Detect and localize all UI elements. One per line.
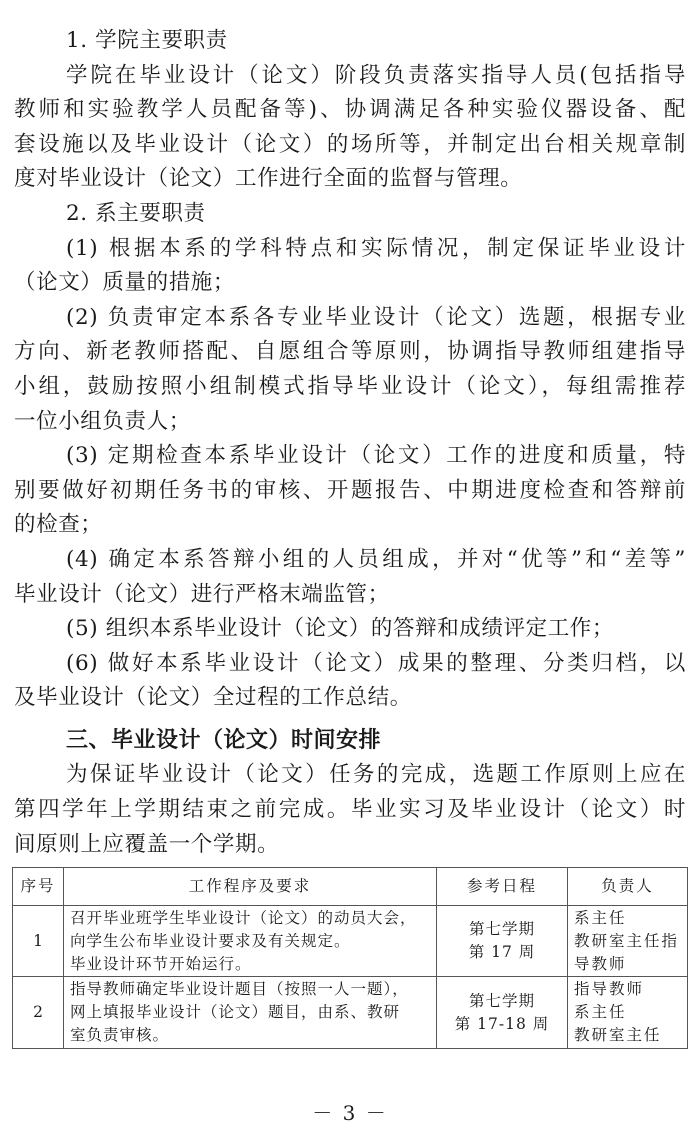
cell-line: 系主任 bbox=[574, 907, 681, 930]
cell-line: 系主任 bbox=[574, 1001, 681, 1024]
cell-line: 召开毕业班学生毕业设计（论文）的动员大会， bbox=[70, 907, 430, 930]
document-page: 1. 学院主要职责 学院在毕业设计（论文）阶段负责落实指导人员(包括指导 教师和… bbox=[14, 24, 686, 862]
section-1-heading: 1. 学院主要职责 bbox=[14, 24, 686, 59]
list-item-2-line: 小组，鼓励按照小组制模式指导毕业设计（论文），每组需推荐 bbox=[14, 370, 686, 405]
paragraph-line: 第四学年上学期结束之前完成。毕业实习及毕业设计（论文）时 bbox=[14, 793, 686, 828]
cell-line: 教研室主任 bbox=[574, 1024, 681, 1047]
header-date: 参考日程 bbox=[437, 868, 568, 906]
header-no: 序号 bbox=[13, 868, 64, 906]
list-item-3-line: 别要做好初期任务书的审核、开题报告、中期进度检查和答辩前 bbox=[14, 474, 686, 509]
cell-line: 教研室主任指 bbox=[574, 930, 681, 953]
cell-date: 第七学期 第 17-18 周 bbox=[437, 977, 568, 1049]
cell-line: 指导教师确定毕业设计题目（按照一人一题）， bbox=[70, 978, 430, 1001]
cell-line: 毕业设计环节开始运行。 bbox=[70, 953, 430, 976]
paragraph-line: 学院在毕业设计（论文）阶段负责落实指导人员(包括指导 bbox=[14, 59, 686, 94]
cell-no: 2 bbox=[13, 977, 64, 1049]
cell-date: 第七学期 第 17 周 bbox=[437, 906, 568, 977]
list-item-3-line: (3) 定期检查本系毕业设计（论文）工作的进度和质量，特 bbox=[14, 439, 686, 474]
list-item-2-line: (2) 负责审定本系各专业毕业设计（论文）选题，根据专业 bbox=[14, 301, 686, 336]
cell-line: 导教师 bbox=[574, 953, 681, 976]
table-row: 2 指导教师确定毕业设计题目（按照一人一题）， 网上填报毕业设计（论文）题目，由… bbox=[13, 977, 688, 1049]
cell-line: 第 17 周 bbox=[443, 941, 561, 964]
cell-line: 第 17-18 周 bbox=[443, 1013, 561, 1036]
table-header-row: 序号 工作程序及要求 参考日程 负责人 bbox=[13, 868, 688, 906]
cell-line: 第七学期 bbox=[443, 990, 561, 1013]
paragraph-line: 教师和实验教学人员配备等)、协调满足各种实验仪器设备、配 bbox=[14, 93, 686, 128]
cell-line: 第七学期 bbox=[443, 918, 561, 941]
table-row: 1 召开毕业班学生毕业设计（论文）的动员大会， 向学生公布毕业设计要求及有关规定… bbox=[13, 906, 688, 977]
list-item-1-line: （论文）质量的措施； bbox=[14, 266, 686, 301]
list-item-2-line: 一位小组负责人； bbox=[14, 405, 686, 440]
list-item-4-line: (4) 确定本系答辩小组的人员组成，并对“优等”和“差等” bbox=[14, 543, 686, 578]
section-2-heading: 2. 系主要职责 bbox=[14, 197, 686, 232]
cell-owner: 系主任 教研室主任指 导教师 bbox=[568, 906, 688, 977]
cell-no: 1 bbox=[13, 906, 64, 977]
list-item-5-line: (5) 组织本系毕业设计（论文）的答辩和成绩评定工作； bbox=[14, 612, 686, 647]
section-3-heading: 三、毕业设计（论文）时间安排 bbox=[14, 724, 686, 759]
paragraph-line: 间原则上应覆盖一个学期。 bbox=[14, 828, 686, 863]
cell-task: 指导教师确定毕业设计题目（按照一人一题）， 网上填报毕业设计（论文）题目，由系、… bbox=[64, 977, 437, 1049]
list-item-1-line: (1) 根据本系的学科特点和实际情况，制定保证毕业设计 bbox=[14, 232, 686, 267]
paragraph-line: 为保证毕业设计（论文）任务的完成，选题工作原则上应在 bbox=[14, 758, 686, 793]
cell-line: 室负责审核。 bbox=[70, 1024, 430, 1047]
list-item-6-line: 及毕业设计（论文）全过程的工作总结。 bbox=[14, 681, 686, 716]
schedule-table: 序号 工作程序及要求 参考日程 负责人 1 召开毕业班学生毕业设计（论文）的动员… bbox=[12, 867, 688, 1049]
cell-line: 指导教师 bbox=[574, 978, 681, 1001]
cell-task: 召开毕业班学生毕业设计（论文）的动员大会， 向学生公布毕业设计要求及有关规定。 … bbox=[64, 906, 437, 977]
list-item-3-line: 的检查； bbox=[14, 508, 686, 543]
cell-line: 向学生公布毕业设计要求及有关规定。 bbox=[70, 930, 430, 953]
paragraph-line: 套设施以及毕业设计（论文）的场所等，并制定出台相关规章制 bbox=[14, 128, 686, 163]
cell-line: 网上填报毕业设计（论文）题目，由系、教研 bbox=[70, 1001, 430, 1024]
cell-owner: 指导教师 系主任 教研室主任 bbox=[568, 977, 688, 1049]
header-owner: 负责人 bbox=[568, 868, 688, 906]
page-number: － 3 － bbox=[0, 1097, 700, 1126]
list-item-6-line: (6) 做好本系毕业设计（论文）成果的整理、分类归档，以 bbox=[14, 647, 686, 682]
list-item-2-line: 方向、新老教师搭配、自愿组合等原则，协调指导教师组建指导 bbox=[14, 335, 686, 370]
list-item-4-line: 毕业设计（论文）进行严格末端监管； bbox=[14, 578, 686, 613]
header-task: 工作程序及要求 bbox=[64, 868, 437, 906]
paragraph-line: 度对毕业设计（论文）工作进行全面的监督与管理。 bbox=[14, 162, 686, 197]
